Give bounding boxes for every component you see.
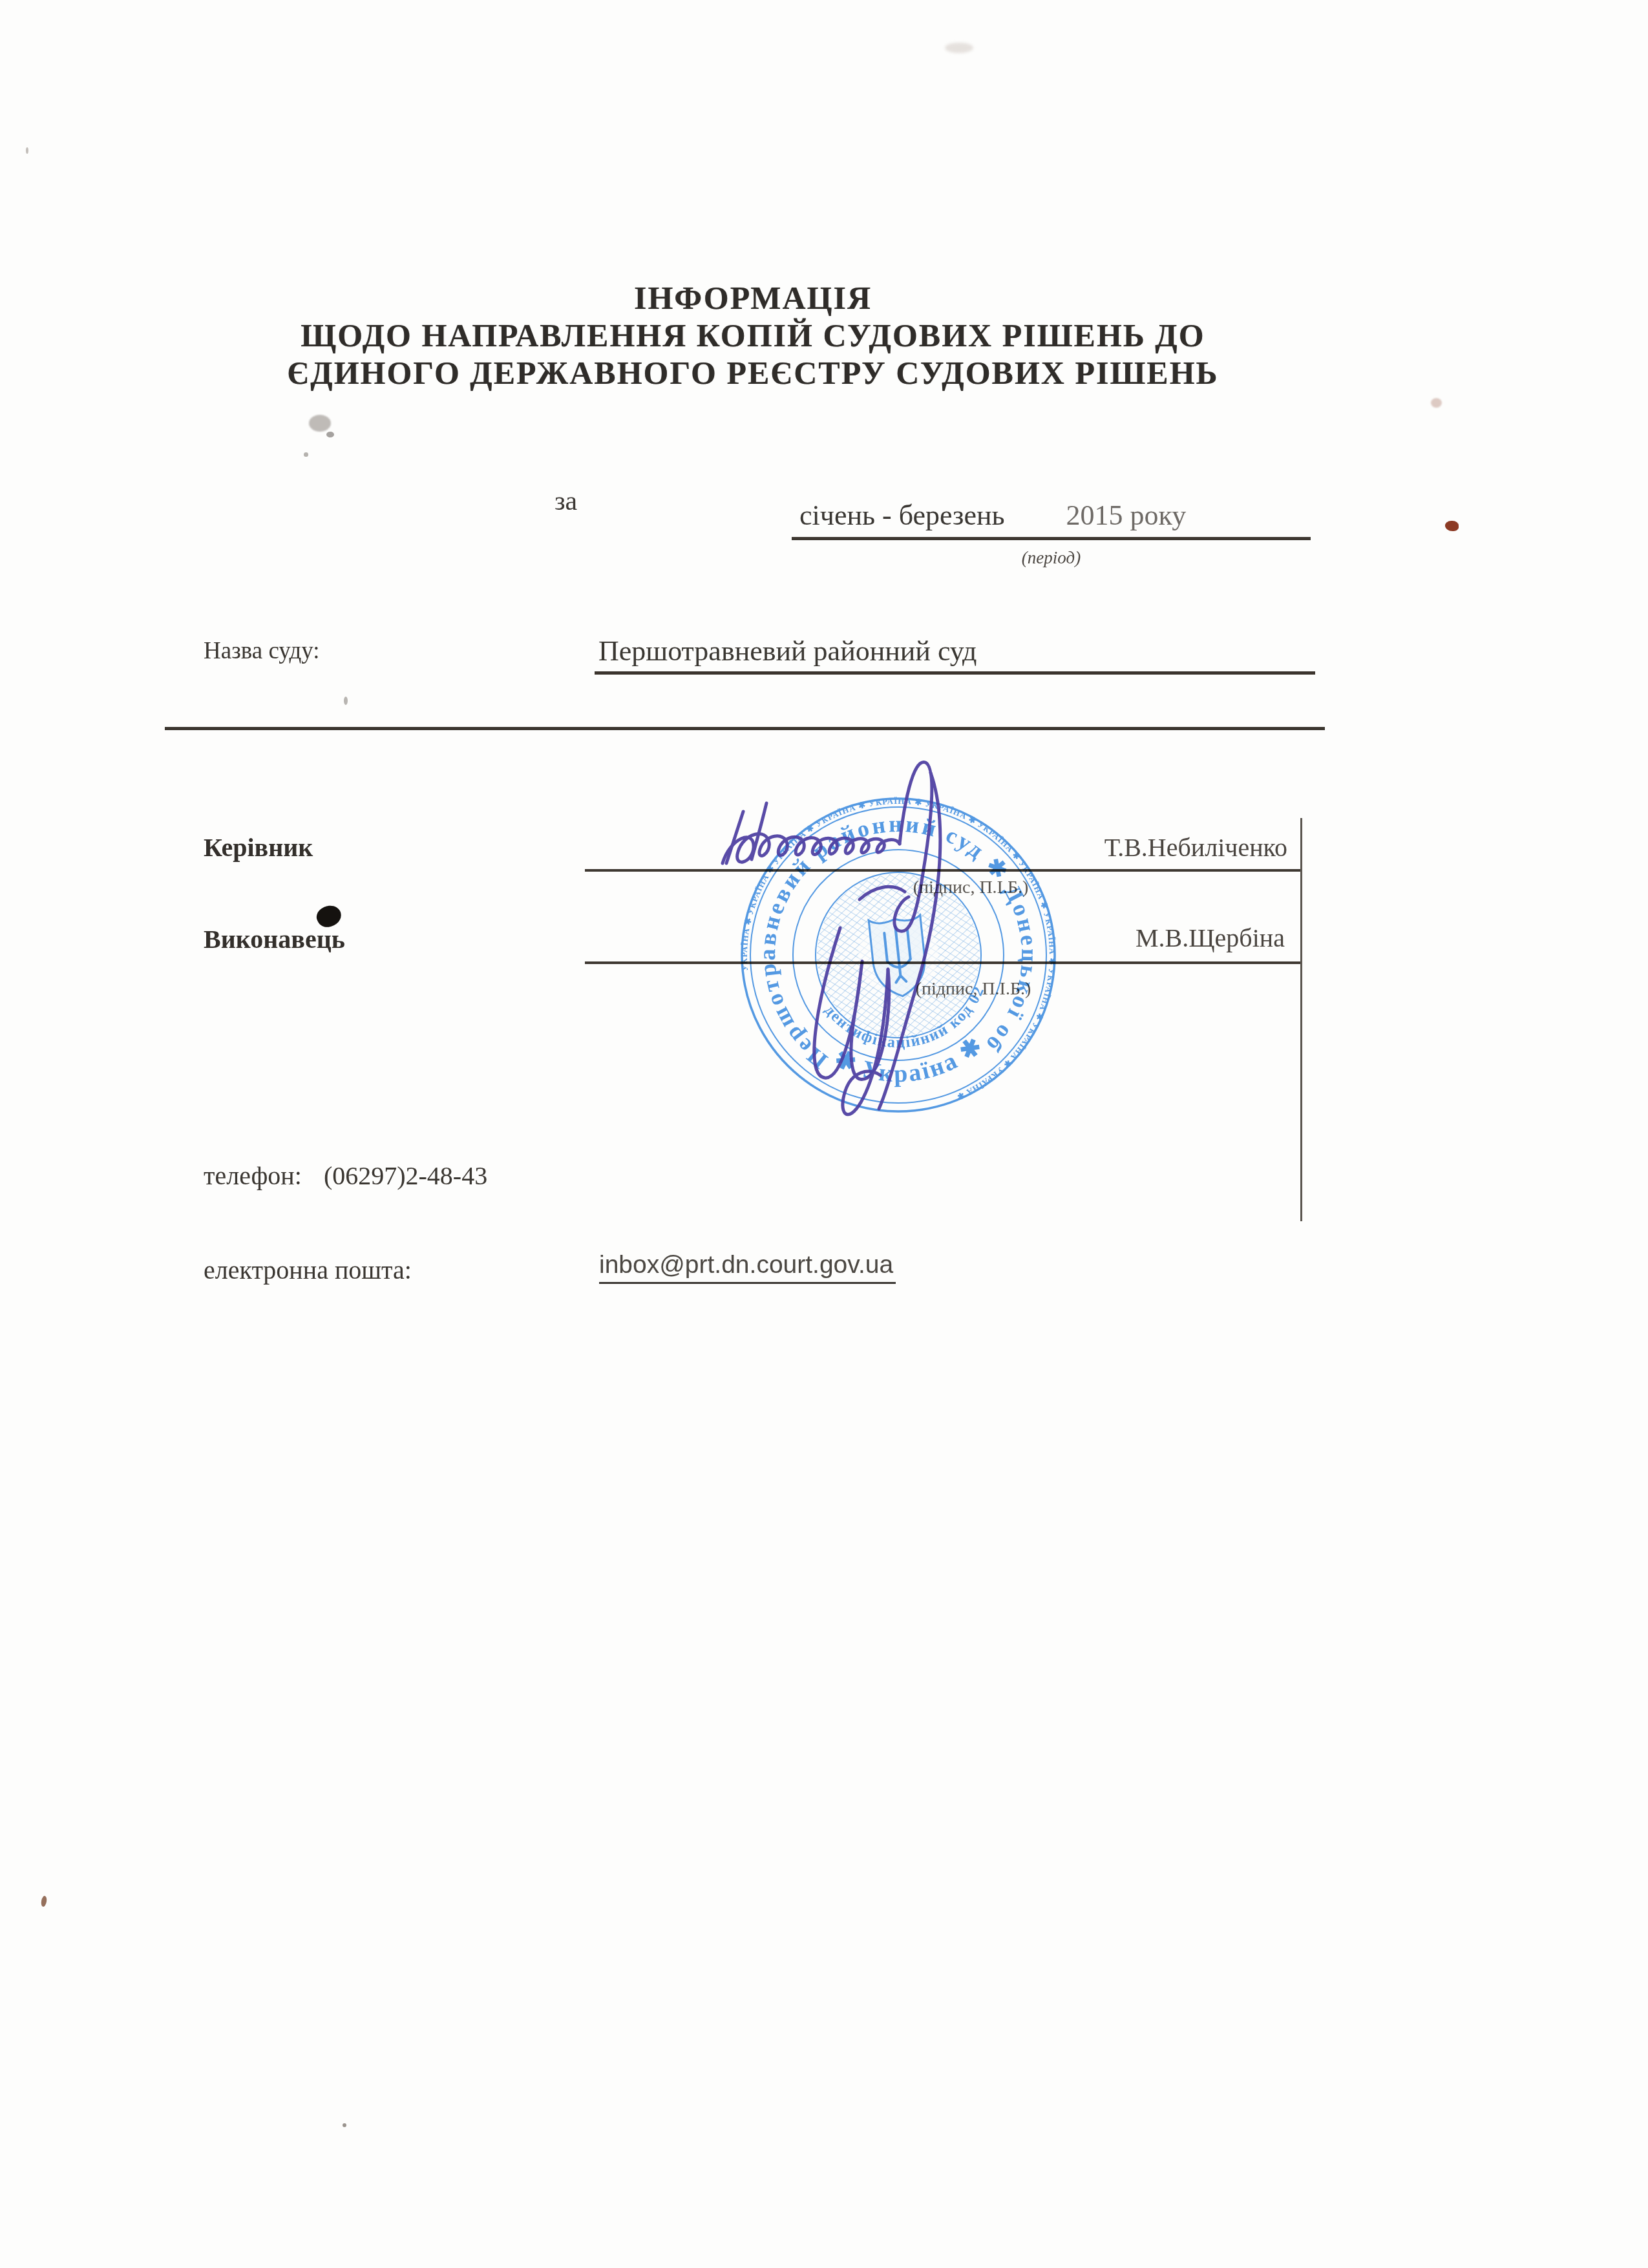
executor-role-label: Виконавець bbox=[204, 924, 345, 954]
scan-artifact bbox=[26, 147, 28, 154]
executor-signature-caption: (підпис, П.І.Б.) bbox=[876, 979, 1070, 1000]
document-title: ІНФОРМАЦІЯ ЩОДО НАПРАВЛЕННЯ КОПІЙ СУДОВИ… bbox=[107, 279, 1399, 392]
title-line-3: ЄДИНОГО ДЕРЖАВНОГО РЕЄСТРУ СУДОВИХ РІШЕН… bbox=[107, 354, 1399, 392]
period-field: січень - березень 2015 року bbox=[792, 486, 1311, 540]
svg-text:✱ Україна ✱: ✱ Україна ✱ bbox=[828, 1029, 992, 1095]
phone-row: телефон:(06297)2-48-43 bbox=[204, 1160, 487, 1191]
email-label: електронна пошта: bbox=[204, 1255, 412, 1285]
head-name: Т.В.Небиліченко bbox=[969, 832, 1287, 863]
scan-artifact bbox=[343, 2123, 346, 2127]
court-name-value: Першотравневий районний суд bbox=[598, 635, 977, 671]
scan-artifact bbox=[1445, 521, 1459, 531]
stamp-bottom-text: ✱ Україна ✱ bbox=[828, 1029, 992, 1095]
email-value: inbox@prt.dn.court.gov.ua bbox=[599, 1251, 896, 1284]
court-name-label: Назва суду: bbox=[204, 637, 320, 665]
phone-label: телефон: bbox=[204, 1161, 302, 1190]
scan-artifact bbox=[945, 43, 973, 53]
scan-artifact bbox=[326, 432, 334, 437]
period-caption: (період) bbox=[792, 548, 1311, 568]
period-prefix: за bbox=[555, 486, 577, 517]
court-name-field: Першотравневий районний суд bbox=[595, 623, 1315, 675]
executor-signature-line bbox=[585, 961, 1300, 964]
head-signature-line bbox=[585, 869, 1300, 872]
period-year: 2015 року bbox=[1066, 499, 1187, 537]
right-border-line bbox=[1300, 818, 1302, 1221]
handwritten-signature bbox=[723, 762, 940, 1114]
title-line-2: ЩОДО НАПРАВЛЕННЯ КОПІЙ СУДОВИХ РІШЕНЬ ДО bbox=[107, 317, 1399, 354]
title-line-1: ІНФОРМАЦІЯ bbox=[107, 279, 1399, 317]
head-signature-caption: (підпис, П.І.Б.) bbox=[874, 877, 1068, 898]
scan-artifact bbox=[344, 697, 348, 705]
head-role-label: Керівник bbox=[204, 832, 313, 863]
period-months: січень - березень bbox=[799, 499, 1005, 537]
phone-value: (06297)2-48-43 bbox=[324, 1161, 487, 1190]
horizontal-rule bbox=[165, 727, 1325, 730]
executor-name: М.В.Щербіна bbox=[969, 923, 1285, 953]
scan-artifact bbox=[304, 452, 308, 457]
scan-artifact bbox=[309, 415, 331, 432]
scan-artifact bbox=[41, 1895, 48, 1907]
scanned-document-page: ІНФОРМАЦІЯ ЩОДО НАПРАВЛЕННЯ КОПІЙ СУДОВИ… bbox=[0, 0, 1648, 2268]
scan-artifact bbox=[1431, 398, 1442, 408]
